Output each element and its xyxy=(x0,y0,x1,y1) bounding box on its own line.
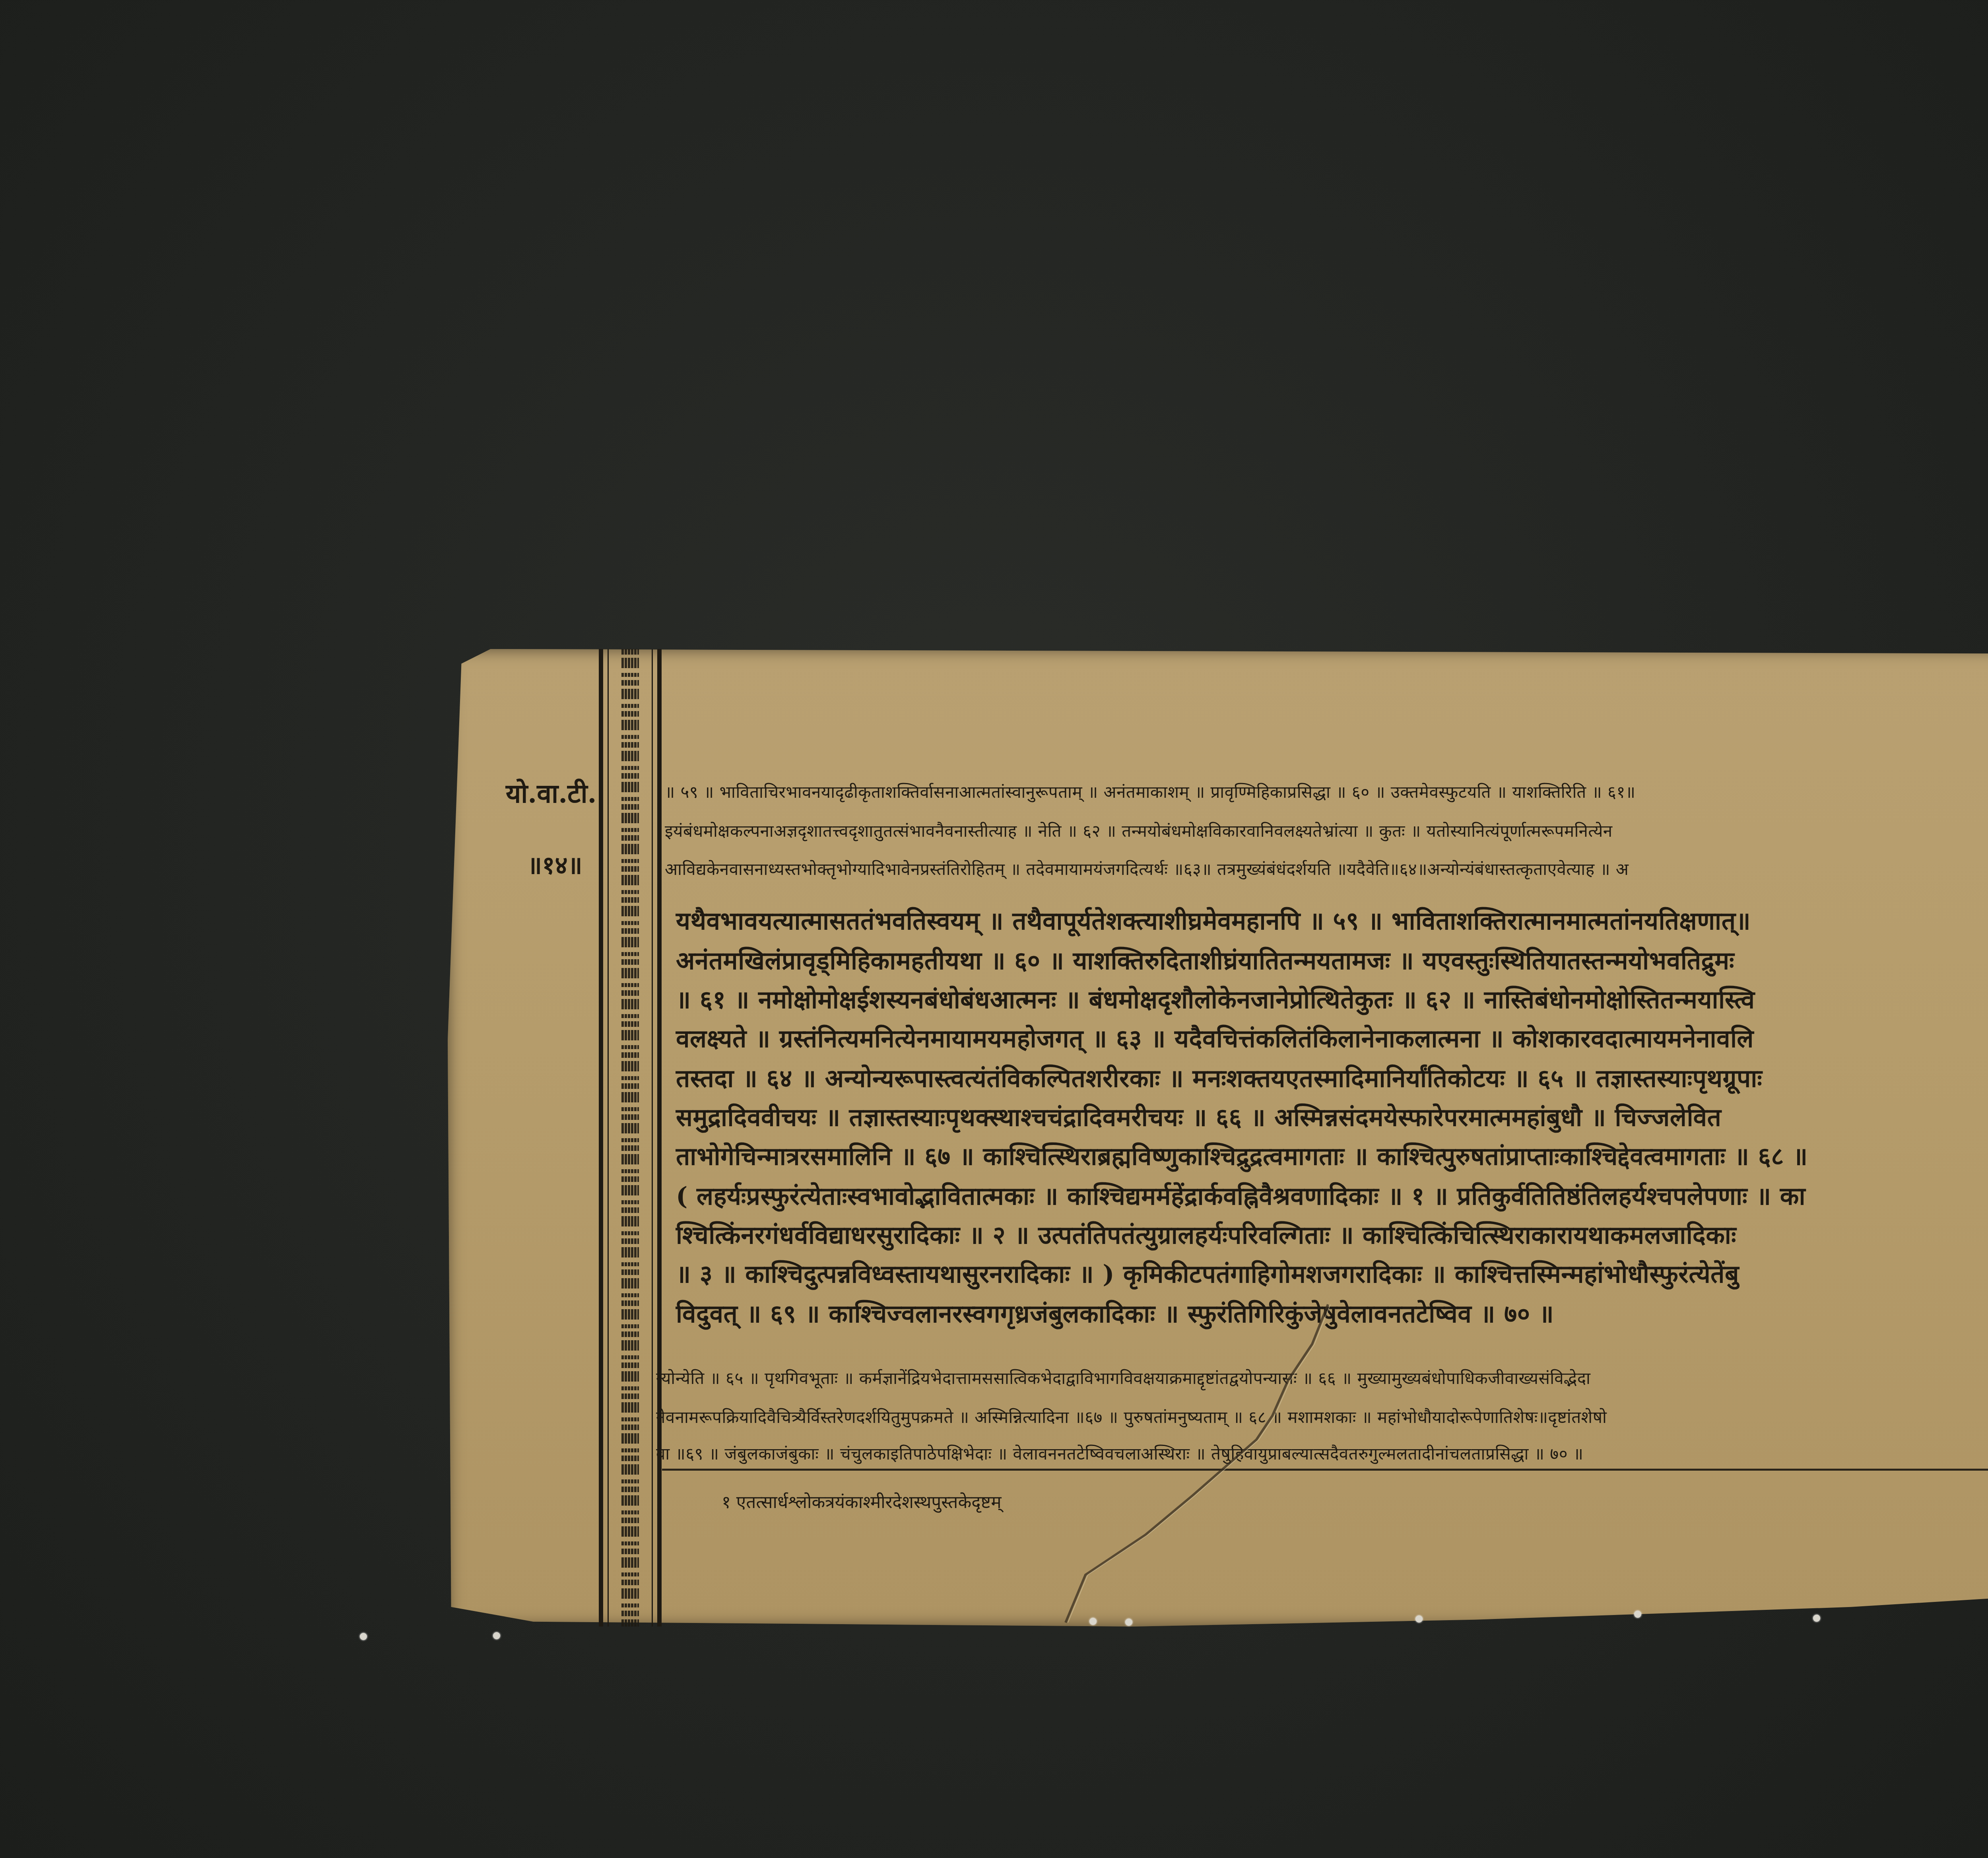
footnote-separator-rule xyxy=(662,1469,1988,1471)
commentary-line: इयंबंधमोक्षकल्पनाअज्ञदृशातत्त्वदृशातुतत्… xyxy=(665,819,1613,842)
mounting-pin xyxy=(1634,1611,1641,1618)
commentary-line: वा ॥६९ ॥ जंबुलकाजंबुकाः ॥ चंचुलकाइतिपाठे… xyxy=(656,1442,1584,1465)
right-ornamental-border xyxy=(1986,649,1988,1627)
verse-line: विदुवत् ॥ ६९ ॥ काश्चिज्वलानरस्वगगृध्रजंब… xyxy=(676,1296,1554,1330)
mounting-pin xyxy=(1813,1615,1820,1622)
commentary-line: नेवनामरूपक्रियादिवैचित्र्यैर्विस्तरेणदर्… xyxy=(656,1405,1607,1428)
verse-line: समुद्रादिववीचयः ॥ तज्ञास्तस्याःपृथक्स्था… xyxy=(676,1100,1721,1133)
verse-line: ताभोगेचिन्मात्ररसमालिनि ॥ ६७ ॥ काश्चित्स… xyxy=(676,1139,1808,1172)
commentary-line: न्योन्येति ॥ ६५ ॥ पृथगिवभूताः ॥ कर्मज्ञा… xyxy=(656,1366,1590,1389)
floral-ornament-column-left xyxy=(621,649,639,1627)
verse-line: यथैवभावयत्यात्मासततंभवतिस्वयम् ॥ तथैवापू… xyxy=(676,904,1751,937)
left-border-thin-rule xyxy=(608,649,609,1627)
commentary-line: आविद्यकेनवासनाध्यस्तभोक्तृभोग्यादिभावेनप… xyxy=(665,857,1629,880)
verse-line: तस्तदा ॥ ६४ ॥ अन्योन्यरूपास्त्वत्यंतंविक… xyxy=(676,1061,1762,1094)
verse-line-interpolated: ( लहर्यःप्रस्फुरंत्येताःस्वभावोद्भावितात… xyxy=(676,1179,1806,1212)
commentary-line: ॥ ५९ ॥ भाविताचिरभावनयादृढीकृताशक्तिर्वास… xyxy=(665,780,1635,803)
left-ornamental-border xyxy=(596,649,664,1627)
left-border-outer-rule xyxy=(599,649,603,1627)
verse-line: वलक्ष्यते ॥ ग्रस्तंनित्यमनित्येनमायामयमह… xyxy=(676,1021,1754,1055)
mounting-pin xyxy=(360,1633,367,1640)
footnote: १ एतत्सार्धश्लोकत्रयंकाश्मीरदेशस्थपुस्तक… xyxy=(722,1489,1002,1513)
verse-line: ॥ ३ ॥ काश्चिदुत्पन्नविध्वस्तायथासुरनरादि… xyxy=(676,1257,1739,1290)
left-page-number: ॥१४॥ xyxy=(527,848,582,881)
left-margin-title: यो.वा.टी. xyxy=(506,775,596,810)
mounting-pin xyxy=(493,1632,500,1639)
mounting-pin xyxy=(1415,1615,1423,1623)
left-border-thin-rule-inner xyxy=(652,649,653,1627)
verse-line-interpolated: श्चित्किंनरगंधर्वविद्याधरसुरादिकाः ॥ २ ॥… xyxy=(676,1218,1736,1251)
verse-line: अनंतमखिलंप्रावृड्मिहिकामहतीयथा ॥ ६० ॥ या… xyxy=(676,943,1734,977)
mounting-pin xyxy=(1089,1618,1097,1625)
left-border-inner-rule xyxy=(657,649,662,1627)
mounting-pin xyxy=(1125,1619,1132,1626)
verse-line: ॥ ६१ ॥ नमोक्षोमोक्षईशस्यनबंधोबंधआत्मनः ॥… xyxy=(676,982,1755,1016)
